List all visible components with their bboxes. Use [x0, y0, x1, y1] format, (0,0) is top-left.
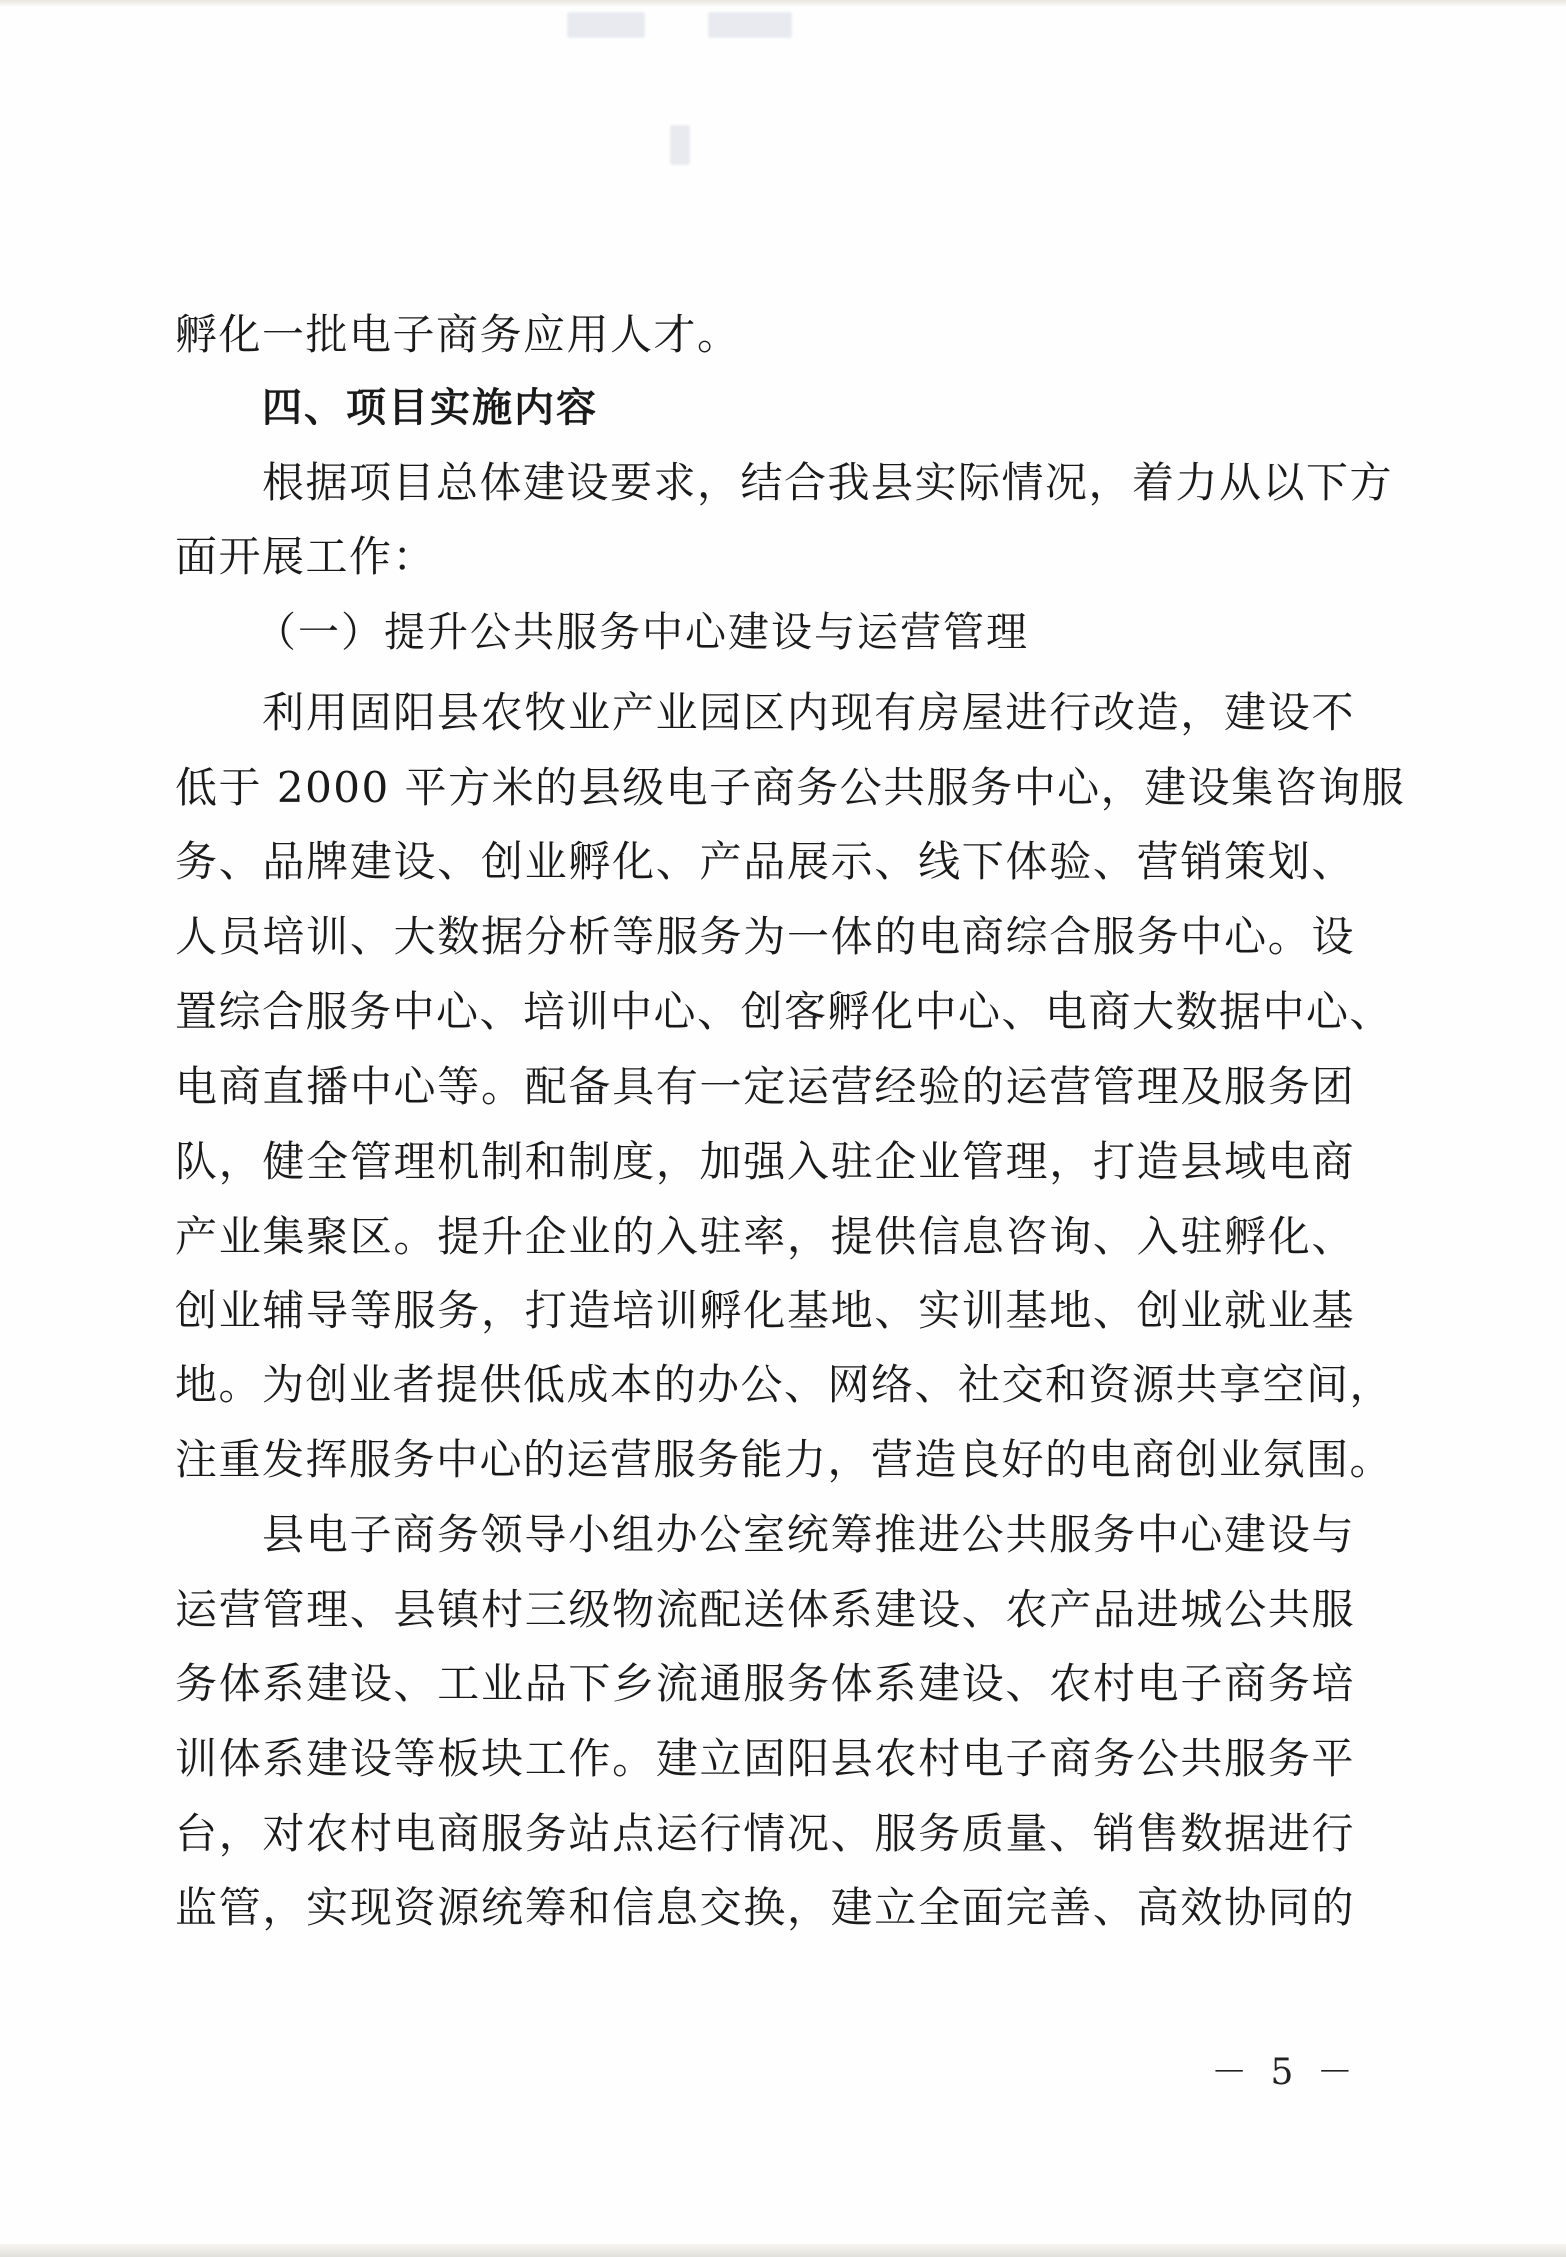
text-line-19: 务体系建设、工业品下乡流通服务体系建设、农村电子商务培 — [175, 1654, 1355, 1714]
bleed-through-mark — [567, 12, 645, 38]
text-line-20: 训体系建设等板块工作。建立固阳县农村电子商务公共服务平 — [175, 1729, 1355, 1789]
page-number: － 5 － — [1205, 2048, 1365, 2098]
text-line-10: 置综合服务中心、培训中心、创客孵化中心、电商大数据中心、 — [175, 982, 1355, 1042]
text-line-6: 利用固阳县农牧业产业园区内现有房屋进行改造，建设不 — [262, 683, 1355, 743]
text-line-18: 运营管理、县镇村三级物流配送体系建设、农产品进城公共服 — [175, 1580, 1355, 1640]
text-line-21: 台，对农村电商服务站点运行情况、服务质量、销售数据进行 — [175, 1804, 1355, 1864]
text-line-3: 根据项目总体建设要求，结合我县实际情况，着力从以下方 — [262, 453, 1355, 513]
text-line-8: 务、品牌建设、创业孵化、产品展示、线下体验、营销策划、 — [175, 832, 1355, 892]
bleed-through-mark — [670, 125, 690, 165]
text-line-12: 队，健全管理机制和制度，加强入驻企业管理，打造县域电商 — [175, 1132, 1355, 1192]
text-line-7: 低于 2000 平方米的县级电子商务公共服务中心，建设集咨询服 — [175, 758, 1355, 818]
text-line-4: 面开展工作： — [175, 527, 1355, 587]
scan-edge-top — [0, 0, 1566, 6]
text-line-1: 孵化一批电子商务应用人才。 — [175, 305, 1355, 365]
text-line-9: 人员培训、大数据分析等服务为一体的电商综合服务中心。设 — [175, 907, 1355, 967]
section-heading: 四、项目实施内容 — [262, 378, 1355, 438]
text-line-11: 电商直播中心等。配备具有一定运营经验的运营管理及服务团 — [175, 1057, 1355, 1117]
text-line-14: 创业辅导等服务，打造培训孵化基地、实训基地、创业就业基 — [175, 1281, 1355, 1341]
text-line-16: 注重发挥服务中心的运营服务能力，营造良好的电商创业氛围。 — [175, 1430, 1355, 1490]
text-line-15: 地。为创业者提供低成本的办公、网络、社交和资源共享空间， — [175, 1355, 1355, 1415]
text-line-17: 县电子商务领导小组办公室统筹推进公共服务中心建设与 — [262, 1505, 1355, 1565]
text-line-13: 产业集聚区。提升企业的入驻率，提供信息咨询、入驻孵化、 — [175, 1207, 1355, 1267]
document-page: 孵化一批电子商务应用人才。 四、项目实施内容 根据项目总体建设要求，结合我县实际… — [0, 0, 1566, 2257]
bleed-through-mark — [708, 12, 792, 38]
text-line-22: 监管，实现资源统筹和信息交换，建立全面完善、高效协同的 — [175, 1878, 1355, 1938]
scan-edge-bottom — [0, 2244, 1566, 2257]
subsection-heading: （一）提升公共服务中心建设与运营管理 — [255, 602, 1348, 662]
